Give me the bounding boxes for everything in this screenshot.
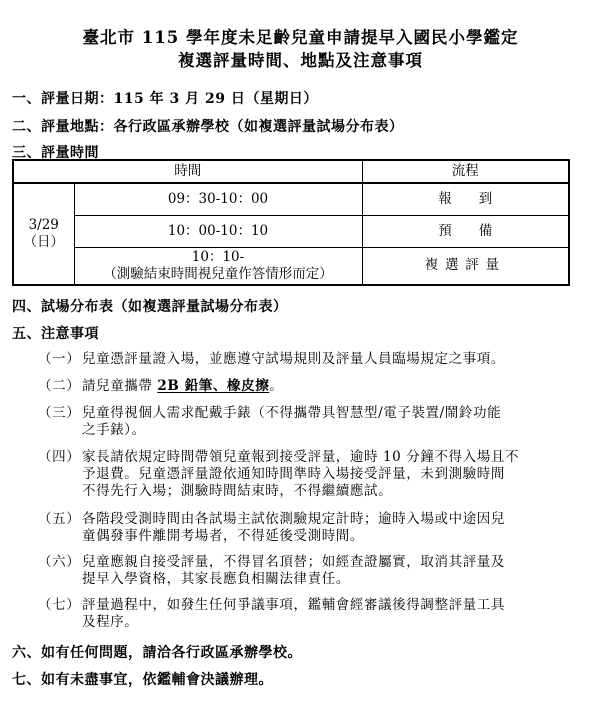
section-assessment-date: 一、評量日期：115 年 3 月 29 日（星期日）: [12, 88, 318, 108]
process-label: 預備: [438, 223, 519, 239]
note-text: 兒童得視個人需求配戴手錶（不得攜帶具智慧型/電子裝置/鬧鈴功能: [82, 405, 501, 421]
note-label: （一）: [38, 351, 82, 368]
note-text: 請兒童攜帶: [82, 378, 157, 394]
section-other-matters: 七、如有未盡事宜，依鑑輔會決議辦理。: [12, 669, 273, 689]
note-text-end: 。: [269, 378, 283, 394]
note-text: 兒童應親自接受評量，不得冒名頂替；如經查證屬實，取消其評量及: [82, 554, 505, 570]
schedule-date: 3/29: [14, 217, 74, 234]
document-title-line-2: 複選評量時間、地點及注意事項: [0, 47, 601, 71]
section-contact: 六、如有任何問題，請洽各行政區承辦學校。: [12, 642, 302, 662]
required-supplies: 2B 鉛筆、橡皮擦: [157, 378, 269, 394]
note-text-continued: 不得先行入場；測驗時間結束時，不得繼續應試。: [38, 483, 558, 500]
process-label: 報到: [438, 191, 519, 207]
note-label: （三）: [38, 405, 82, 422]
schedule-table: 時間 流程 3/29 （日） 09：30-10：00 報到 10：00-10：1…: [12, 159, 570, 286]
table-row: 3/29 （日） 09：30-10：00 報到: [13, 183, 569, 215]
note-label: （六）: [38, 554, 82, 571]
note-text: 家長請依規定時間帶領兒童報到接受評量，逾時 10 分鐘不得入場且不: [82, 449, 519, 465]
note-label: （二）: [38, 378, 82, 395]
table-row: 10：10- （測驗結束時間視兒童作答情形而定） 複選評量: [13, 247, 569, 285]
note-text-continued: 予退費。兒童憑評量證依通知時間準時入場接受評量，未到測驗時間: [38, 466, 558, 483]
schedule-date-cell: 3/29 （日）: [13, 183, 74, 285]
note-label: （五）: [38, 511, 82, 528]
schedule-process-cell: 報到: [362, 183, 569, 215]
note-text-continued: 提早入學資格，其家長應負相關法律責任。: [38, 571, 558, 588]
section-exam-site-table: 四、試場分布表（如複選評量試場分布表）: [12, 296, 288, 316]
note-item-2: （二）請兒童攜帶 2B 鉛筆、橡皮擦。: [38, 378, 558, 395]
note-item-3: （三）兒童得視個人需求配戴手錶（不得攜帶具智慧型/電子裝置/鬧鈴功能 之手錶）。: [38, 405, 558, 439]
schedule-header-row: 時間 流程: [13, 160, 569, 183]
header-process: 流程: [362, 160, 569, 183]
note-text: 各階段受測時間由各試場主試依測驗規定計時；逾時入場或中途因兒: [82, 511, 505, 527]
section-notes: 五、注意事項: [12, 323, 99, 343]
note-item-4: （四）家長請依規定時間帶領兒童報到接受評量，逾時 10 分鐘不得入場且不 予退費…: [38, 449, 558, 500]
note-item-7: （七）評量過程中，如發生任何爭議事項，鑑輔會經審議後得調整評量工具 及程序。: [38, 597, 558, 631]
schedule-time-cell: 10：00-10：10: [74, 215, 362, 247]
note-text: 兒童憑評量證入場，並應遵守試場規則及評量人員臨場規定之事項。: [82, 351, 505, 367]
document-title-line-1: 臺北市 115 學年度未足齡兒童申請提早入國民小學鑑定: [0, 24, 601, 48]
schedule-time-cell: 09：30-10：00: [74, 183, 362, 215]
header-time: 時間: [13, 160, 362, 183]
note-item-1: （一）兒童憑評量證入場，並應遵守試場規則及評量人員臨場規定之事項。: [38, 351, 558, 368]
note-text-continued: 及程序。: [38, 614, 558, 631]
note-item-5: （五）各階段受測時間由各試場主試依測驗規定計時；逾時入場或中途因兒 童偶發事件離…: [38, 511, 558, 545]
schedule-weekday: （日）: [14, 234, 74, 251]
note-item-6: （六）兒童應親自接受評量，不得冒名頂替；如經查證屬實，取消其評量及 提早入學資格…: [38, 554, 558, 588]
schedule-time-note: （測驗結束時間視兒童作答情形而定）: [75, 266, 362, 283]
schedule-process-cell: 複選評量: [362, 247, 569, 285]
note-text: 評量過程中，如發生任何爭議事項，鑑輔會經審議後得調整評量工具: [82, 597, 505, 613]
section-assessment-location: 二、評量地點：各行政區承辦學校（如複選評量試場分布表）: [12, 116, 404, 136]
process-label: 複選評量: [425, 257, 506, 273]
note-label: （七）: [38, 597, 82, 614]
schedule-process-cell: 預備: [362, 215, 569, 247]
schedule-time: 10：10-: [75, 249, 362, 266]
schedule-time-cell: 10：10- （測驗結束時間視兒童作答情形而定）: [74, 247, 362, 285]
note-text-continued: 之手錶）。: [38, 422, 558, 439]
table-row: 10：00-10：10 預備: [13, 215, 569, 247]
note-label: （四）: [38, 449, 82, 466]
note-text-continued: 童偶發事件離開考場者，不得延後受測時間。: [38, 528, 558, 545]
